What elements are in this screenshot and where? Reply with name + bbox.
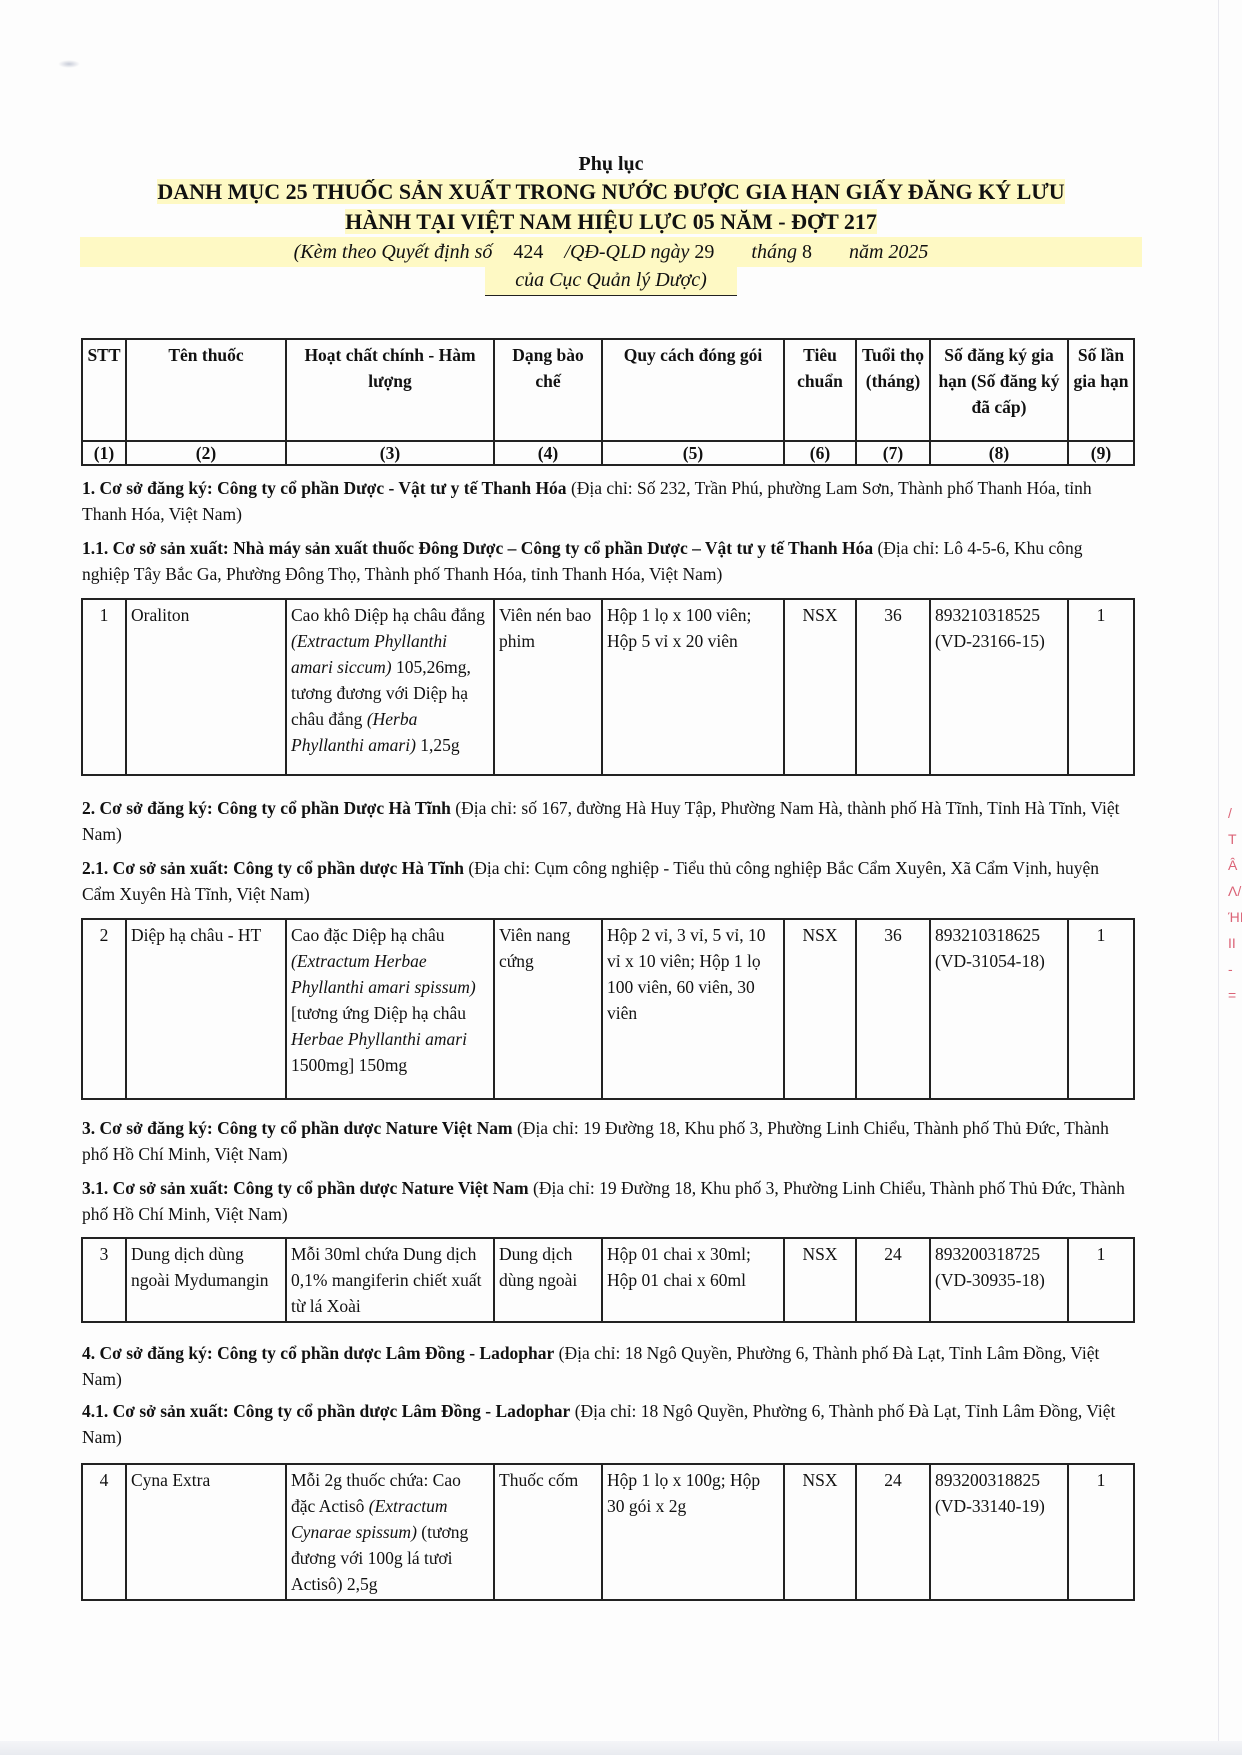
cell-standard: NSX [784, 919, 856, 1099]
cell-dosage-form: Dung dịch dùng ngoài [494, 1238, 602, 1322]
cell-packaging: Hộp 2 vỉ, 3 vỉ, 5 vỉ, 10 vỉ x 10 viên; H… [602, 919, 784, 1099]
col-packaging: Quy cách đóng gói [602, 339, 784, 441]
table-row: 1OralitonCao khô Diệp hạ châu đắng (Extr… [82, 599, 1134, 775]
col-standard: Tiêu chuẩn [784, 339, 856, 441]
table-row: 2Diệp hạ châu - HTCao đặc Diệp hạ châu (… [82, 919, 1134, 1099]
cell-registration: 893200318825(VD-33140-19) [930, 1464, 1068, 1600]
cell-stt: 4 [82, 1464, 126, 1600]
cell-drug-name: Diệp hạ châu - HT [126, 919, 286, 1099]
cell-renewals: 1 [1068, 1238, 1134, 1322]
cell-shelf-life: 36 [856, 599, 930, 775]
decision-month: 8 [802, 241, 812, 263]
table-header: STT Tên thuốc Hoạt chất chính - Hàm lượn… [81, 338, 1135, 466]
cell-packaging: Hộp 01 chai x 30ml; Hộp 01 chai x 60ml [602, 1238, 784, 1322]
manufacturer-2: 2.1. Cơ sở sản xuất: Công ty cổ phần dượ… [82, 855, 1132, 907]
cell-renewals: 1 [1068, 1464, 1134, 1600]
document-title: DANH MỤC 25 THUỐC SẢN XUẤT TRONG NƯỚC ĐƯ… [80, 177, 1142, 237]
col-registration: Số đăng ký gia hạn (Số đăng ký đã cấp) [930, 339, 1068, 441]
table-row: 4Cyna ExtraMỗi 2g thuốc chứa: Cao đặc Ac… [82, 1464, 1134, 1600]
drug-table-3: 3Dung dịch dùng ngoài MydumanginMỗi 30ml… [81, 1237, 1135, 1323]
red-stamp-fragment: /TÂΛ/ΉΙII-= [1228, 800, 1242, 1008]
cell-drug-name: Oraliton [126, 599, 286, 775]
appendix-label: Phụ lục [80, 152, 1142, 176]
scan-bottom-edge [0, 1741, 1242, 1755]
col-shelf-life: Tuổi thọ (tháng) [856, 339, 930, 441]
manufacturer-4: 4.1. Cơ sở sản xuất: Công ty cổ phần dượ… [82, 1398, 1132, 1450]
drug-table-4: 4Cyna ExtraMỗi 2g thuốc chứa: Cao đặc Ac… [81, 1463, 1135, 1601]
col-dosage-form: Dạng bào chế [494, 339, 602, 441]
registrant-3: 3. Cơ sở đăng ký: Công ty cổ phần dược N… [82, 1115, 1132, 1167]
cell-shelf-life: 24 [856, 1464, 930, 1600]
scan-artifact-line [1218, 0, 1219, 1755]
cell-stt: 1 [82, 599, 126, 775]
drug-table-1: 1OralitonCao khô Diệp hạ châu đắng (Extr… [81, 598, 1135, 776]
cell-registration: 893200318725(VD-30935-18) [930, 1238, 1068, 1322]
manufacturer-3: 3.1. Cơ sở sản xuất: Công ty cổ phần dượ… [82, 1175, 1132, 1227]
cell-standard: NSX [784, 1464, 856, 1600]
cell-dosage-form: Viên nang cứng [494, 919, 602, 1099]
cell-renewals: 1 [1068, 919, 1134, 1099]
col-renewals: Số lần gia hạn [1068, 339, 1134, 441]
cell-dosage-form: Viên nén bao phim [494, 599, 602, 775]
cell-ingredient: Cao đặc Diệp hạ châu (Extractum Herbae P… [286, 919, 494, 1099]
manufacturer-1: 1.1. Cơ sở sản xuất: Nhà máy sản xuất th… [82, 535, 1132, 587]
registrant-2: 2. Cơ sở đăng ký: Công ty cổ phần Dược H… [82, 795, 1132, 847]
issuer-line: của Cục Quản lý Dược) [485, 267, 737, 296]
drug-table-2: 2Diệp hạ châu - HTCao đặc Diệp hạ châu (… [81, 918, 1135, 1100]
cell-ingredient: Mỗi 2g thuốc chứa: Cao đặc Actisô (Extra… [286, 1464, 494, 1600]
cell-packaging: Hộp 1 lọ x 100 viên; Hộp 5 vỉ x 20 viên [602, 599, 784, 775]
document-header: Phụ lục DANH MỤC 25 THUỐC SẢN XUẤT TRONG… [80, 152, 1142, 296]
cell-registration: 893210318625(VD-31054-18) [930, 919, 1068, 1099]
cell-packaging: Hộp 1 lọ x 100g; Hộp 30 gói x 2g [602, 1464, 784, 1600]
cell-registration: 893210318525(VD-23166-15) [930, 599, 1068, 775]
cell-stt: 2 [82, 919, 126, 1099]
table-row: 3Dung dịch dùng ngoài MydumanginMỗi 30ml… [82, 1238, 1134, 1322]
registrant-1: 1. Cơ sở đăng ký: Công ty cổ phần Dược -… [82, 475, 1132, 527]
decision-reference: (Kèm theo Quyết định số 424 /QĐ-QLD ngày… [80, 237, 1142, 267]
cell-stt: 3 [82, 1238, 126, 1322]
cell-dosage-form: Thuốc cốm [494, 1464, 602, 1600]
cell-drug-name: Cyna Extra [126, 1464, 286, 1600]
scan-speck [58, 60, 80, 68]
cell-standard: NSX [784, 1238, 856, 1322]
decision-number: 424 [513, 241, 543, 263]
col-name: Tên thuốc [126, 339, 286, 441]
cell-shelf-life: 24 [856, 1238, 930, 1322]
decision-day: 29 [694, 241, 714, 263]
cell-renewals: 1 [1068, 599, 1134, 775]
registrant-4: 4. Cơ sở đăng ký: Công ty cổ phần dược L… [82, 1340, 1132, 1392]
cell-ingredient: Cao khô Diệp hạ châu đắng (Extractum Phy… [286, 599, 494, 775]
cell-standard: NSX [784, 599, 856, 775]
cell-shelf-life: 36 [856, 919, 930, 1099]
col-stt: STT [82, 339, 126, 441]
cell-drug-name: Dung dịch dùng ngoài Mydumangin [126, 1238, 286, 1322]
cell-ingredient: Mỗi 30ml chứa Dung dịch 0,1% mangiferin … [286, 1238, 494, 1322]
col-ingredient: Hoạt chất chính - Hàm lượng [286, 339, 494, 441]
